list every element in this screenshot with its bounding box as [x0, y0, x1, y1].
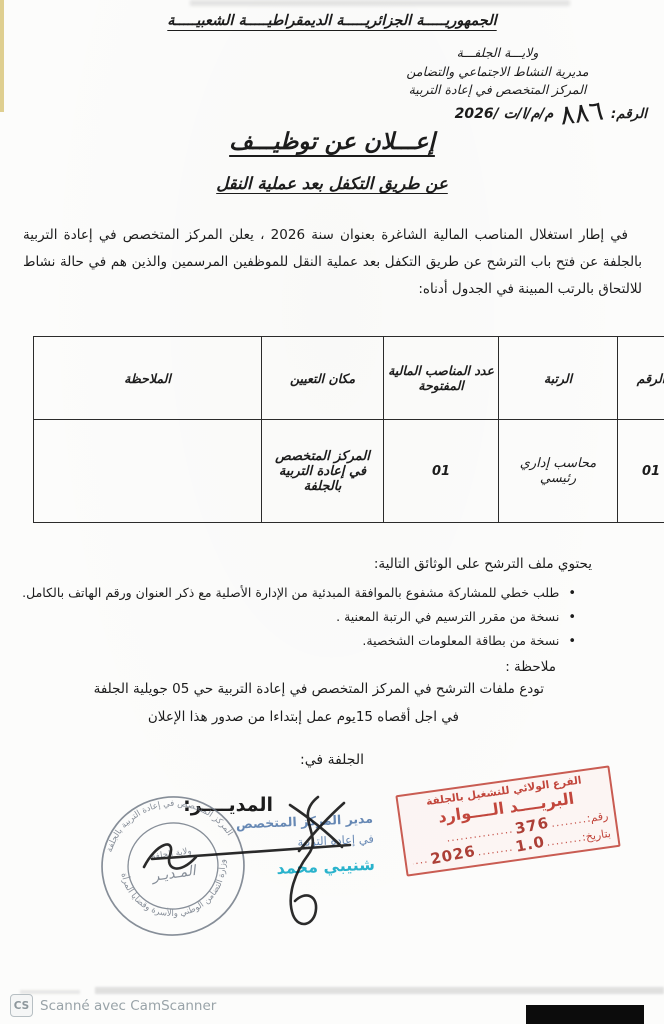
handwritten-signature — [118, 783, 368, 953]
header-note: الملاحظة — [34, 337, 262, 420]
cell-rank: محاسب إداري رئيسي — [499, 420, 618, 523]
cell-open-positions: 01 — [384, 420, 499, 523]
cell-note — [34, 420, 262, 523]
positions-table: الرقم الرتبة عدد المناصب المالية المفتوح… — [33, 336, 664, 523]
table-header-row: الرقم الرتبة عدد المناصب المالية المفتوح… — [34, 337, 664, 420]
bullet-icon: • — [568, 606, 576, 629]
camscanner-text: Scanné avec CamScanner — [40, 998, 216, 1014]
scan-bottom-streak — [95, 987, 664, 994]
list-item: •نسخة من مقرر الترسيم في الرتبة المعنية … — [22, 605, 576, 629]
ref-suffix: م/م/ا/ت /2026 — [455, 106, 554, 122]
dotted-leader: ........ — [546, 831, 583, 849]
ref-label: الرقم: — [611, 106, 647, 122]
documents-heading: يحتوي ملف الترشح على الوثائق التالية: — [374, 556, 592, 572]
announcement-title: إعـــلان عن توظيـــف — [0, 129, 664, 155]
cell-number: 01 — [618, 420, 664, 523]
dotted-leader: ........ — [477, 841, 514, 859]
scan-black-bar — [526, 1005, 644, 1024]
org-directorate: مديرية النشاط الاجتماعي والتضامن — [385, 63, 610, 82]
bullet-icon: • — [568, 630, 576, 653]
place-date-line: الجلفة في: — [300, 752, 364, 768]
scanned-job-announcement-page: الجمهوريـــــة الجزائريـــــة الديمقراطي… — [0, 0, 664, 1024]
list-item: •طلب خطي للمشاركة مشفوع بالموافقة المبدئ… — [22, 581, 576, 605]
header-number: الرقم — [618, 337, 664, 420]
document-item-text: طلب خطي للمشاركة مشفوع بالموافقة المبدئي… — [22, 585, 559, 600]
announcement-subtitle: عن طريق التكفل بعد عملية النقل — [0, 174, 664, 193]
note-line2: في اجل أقصاه 15يوم عمل إبتداءا من صدور ه… — [148, 709, 459, 725]
ref-number-handwritten: ٨٨٦ — [559, 97, 605, 129]
scan-top-shadow — [190, 0, 570, 6]
list-item: •نسخة من بطاقة المعلومات الشخصية. — [22, 629, 576, 653]
camscanner-icon: CS — [10, 994, 33, 1017]
org-wilaya: ولايـــة الجلفـــة — [385, 44, 610, 63]
note-line1: تودع ملفات الترشح في المركز المتخصص في إ… — [94, 681, 544, 697]
republic-header: الجمهوريـــــة الجزائريـــــة الديمقراطي… — [0, 13, 664, 29]
document-item-text: نسخة من بطاقة المعلومات الشخصية. — [362, 633, 559, 648]
header-open-positions: عدد المناصب المالية المفتوحة — [384, 337, 499, 420]
dotted-leader: ........ — [411, 853, 429, 869]
incoming-mail-stamp: الفرع الولائي للتشغيل بالجلفة البريــــد… — [395, 765, 620, 876]
bullet-icon: • — [568, 582, 576, 605]
documents-list: •طلب خطي للمشاركة مشفوع بالموافقة المبدئ… — [22, 581, 576, 653]
document-item-text: نسخة من مقرر الترسيم في الرتبة المعنية . — [336, 609, 559, 624]
intro-paragraph: في إطار استغلال المناصب المالية الشاغرة … — [23, 222, 642, 303]
org-center: المركز المتخصص في إعادة التربية — [385, 81, 610, 100]
note-heading: ملاحظة : — [505, 659, 556, 675]
reference-line: الرقم: ٨٨٦ م/م/ا/ت /2026 — [455, 100, 647, 127]
table-row: 01 محاسب إداري رئيسي 01 المركز المتخصص ف… — [34, 420, 664, 523]
camscanner-watermark: CS Scanné avec CamScanner — [10, 994, 216, 1017]
org-block: ولايـــة الجلفـــة مديرية النشاط الاجتما… — [385, 44, 610, 100]
cell-assignment-place: المركز المتخصص في إعادة التربية بالجلفة — [262, 420, 384, 523]
header-assignment-place: مكان التعيين — [262, 337, 384, 420]
red-stamp-date-label: بتاريخ: — [581, 827, 611, 844]
header-rank: الرتبة — [499, 337, 618, 420]
